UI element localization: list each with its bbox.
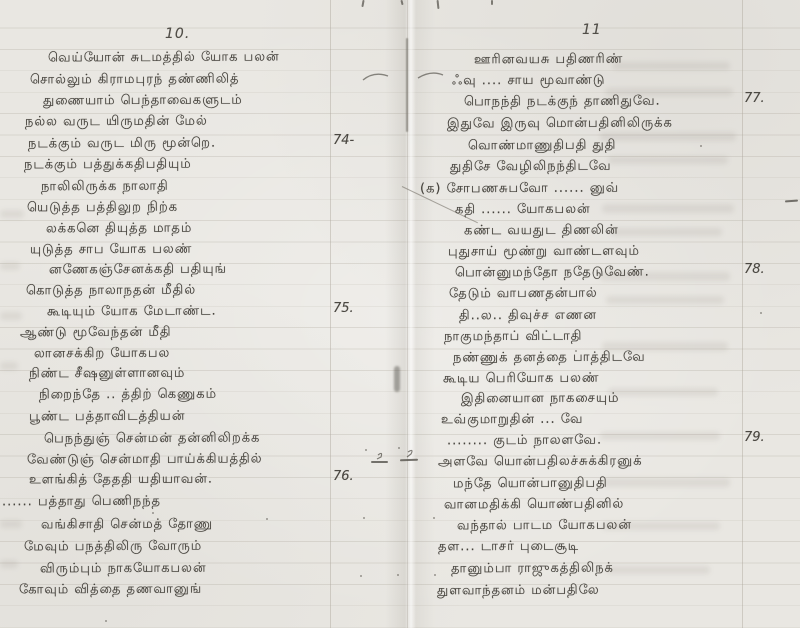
manuscript-scan: 10. 11 வெய்யோன் சுடமத்தில் யோக பலன்சொல்ல…	[0, 0, 800, 628]
paper-speck	[105, 620, 107, 622]
bleed-through-smudge	[0, 210, 24, 218]
manuscript-line: நாலிலிருக்க நாலாதி	[41, 179, 169, 196]
bleed-through-smudge	[605, 88, 733, 96]
paper-speck	[397, 574, 399, 576]
manuscript-line: மேவும் பநத்திலிரு வோரும்	[24, 539, 202, 556]
manuscript-line: பூண்ட பத்தாவிடத்தியன்	[29, 409, 186, 426]
left-page-number: 10.	[165, 26, 190, 42]
bleed-through-smudge	[600, 132, 736, 141]
manuscript-line: தேடும் வாபணதன்பால்	[449, 286, 598, 303]
manuscript-line: ஊரினவயசு பதிணரிண்	[474, 52, 623, 69]
manuscript-line: இதினையான நாகசையும்	[461, 391, 620, 408]
manuscript-line: மந்தே யொன்பானுதிபதி	[453, 476, 608, 493]
bleed-through-smudge	[0, 520, 22, 528]
ink-smudge	[394, 366, 400, 392]
fold-crease-stroke	[406, 38, 408, 132]
right-page-margin-rule	[742, 0, 743, 628]
manuscript-line: பொநந்தி நடக்குந் தாணிதுவே.	[464, 94, 661, 111]
manuscript-line: தி..ல.. திவுச்ச எணன	[459, 308, 597, 325]
manuscript-line: ஃவு .... சாய மூவாண்டு	[452, 73, 606, 90]
verse-number: 74-	[333, 133, 354, 148]
bleed-through-smudge	[602, 204, 734, 213]
bleed-through-smudge	[610, 228, 722, 236]
paper-speck	[760, 312, 762, 314]
manuscript-line: தள... டாசர் புடைசூடி	[438, 539, 579, 556]
manuscript-line: புதுசாய் மூண்று வாண்டளவும்	[448, 244, 640, 261]
manuscript-line: யெடுத்த பத்திலுற நிற்க	[27, 200, 178, 217]
manuscript-line: யுடுத்த சாப யோக பலண்	[30, 242, 192, 259]
manuscript-line: கொடுத்த நாலாநதன் மீதில்	[26, 283, 196, 300]
manuscript-line: ஆண்டு மூவேந்தன் மீதி	[20, 325, 172, 342]
paper-speck	[434, 574, 436, 576]
paper-speck	[433, 517, 435, 519]
manuscript-line: வானமதிக்கி யொண்பதினில்	[444, 497, 624, 514]
bleed-through-smudge	[606, 566, 710, 574]
bleed-through-smudge	[0, 312, 22, 320]
manuscript-line: விரும்பும் நாகயோகபலன்	[40, 561, 207, 578]
manuscript-line: வெய்யோன் சுடமத்தில் யோக பலன்	[48, 49, 280, 66]
verse-number: 78.	[744, 262, 765, 277]
verse-number: 75.	[333, 301, 354, 316]
paper-speck	[398, 447, 400, 449]
top-tick-4	[491, 0, 493, 5]
manuscript-line: ...... பத்தாது பெணிநந்த	[2, 494, 161, 511]
verse-number: 79.	[744, 430, 765, 445]
manuscript-line: வங்கிசாதி சென்மத் தோணு	[41, 517, 213, 534]
manuscript-line: நாகுமந்தாப் விட்டாதி	[444, 329, 582, 346]
manuscript-line: நடக்கும் வருட மிரு மூன்றெ.	[28, 136, 216, 153]
manuscript-line: சொல்லும் கிராமபுரந் தண்ணிலித்	[30, 72, 240, 89]
manuscript-line: இதுவே இருவு மொன்பதினிலிருக்க	[447, 116, 673, 133]
manuscript-line: வேண்டுஞ் சென்மாதி பாய்க்கியத்தில்	[27, 451, 263, 468]
manuscript-line: துளவாந்தனம் மன்பதிலே	[437, 583, 600, 600]
paper-speck	[152, 512, 154, 514]
manuscript-line: நடக்கும் பத்துக்கதிபதியும்	[24, 157, 192, 174]
bleed-through-smudge	[602, 342, 728, 351]
paper-speck	[365, 449, 367, 451]
manuscript-line: உளங்கித் தேததி யதியாவன்.	[29, 472, 213, 489]
manuscript-line: அளவே யொன்பதிலச்சுக்கிரனுக்	[438, 454, 643, 471]
manuscript-line: நண்ணுக் தனத்தை பாத்திடவே	[453, 350, 646, 367]
paper-speck	[575, 350, 577, 352]
bleed-through-smudge	[0, 262, 20, 270]
manuscript-line: தானும்பா ராஜுகத்திலிநக்	[451, 561, 614, 578]
verse-number: 76.	[333, 469, 354, 484]
center-fold-shading	[385, 0, 435, 628]
manuscript-line: துதிசே வேழிலிநந்திடவே	[450, 159, 612, 176]
manuscript-line: (க) சோபணசுபவோ ...... னுவ்	[420, 181, 619, 198]
manuscript-line: கூடிய பெரியோக பலண்	[443, 371, 600, 388]
paper-speck	[700, 145, 702, 147]
manuscript-line: னணேகஞ்சேனக்கதி பதியுங்	[49, 262, 227, 279]
bleed-through-smudge	[608, 388, 718, 396]
manuscript-line: லானசக்கிற யோகபல	[34, 346, 170, 363]
bleed-through-smudge	[606, 296, 724, 304]
manuscript-line: துணையாம் பெந்தாவைகளுடம்	[43, 93, 243, 110]
left-page-margin-rule	[330, 0, 331, 628]
paper-speck	[266, 518, 268, 520]
bleed-through-smudge	[600, 272, 730, 281]
bleed-through-smudge	[604, 478, 730, 487]
manuscript-line: நிறைந்தே .. த்திற் கெணுகம்	[39, 387, 217, 404]
manuscript-line: லக்கனெ தியுத்த மாதம்	[46, 221, 192, 238]
manuscript-line: வொண்மாணுதிபதி துதி	[468, 138, 617, 155]
bleed-through-smudge	[602, 522, 720, 530]
verse-number: 77.	[744, 91, 765, 106]
manuscript-line: உவ்குமாறுதின் ... வே	[441, 412, 584, 429]
manuscript-line: கதி ...... யோகபலன்	[455, 202, 591, 219]
manuscript-line: பெநந்துஞ் சென்மன் தன்னிலிறக்க	[44, 431, 260, 448]
manuscript-line: நிண்ட சீஷனுள்ளானவும்	[29, 366, 185, 383]
paper-speck	[92, 57, 94, 59]
manuscript-line: கூடியும் யோக மேடாண்ட.	[47, 304, 217, 321]
paper-speck	[363, 517, 365, 519]
manuscript-line: கண்ட வயதுட திணலின்	[464, 223, 619, 240]
right-page-number: 11	[582, 22, 602, 38]
bleed-through-smudge	[612, 62, 730, 70]
manuscript-line: நல்ல வருட யிருமதின் மேல்	[25, 114, 208, 131]
fold-dash-left	[371, 461, 388, 463]
manuscript-line: ........ குடம் நாலளவே.	[447, 433, 602, 450]
manuscript-line: கோவும் வித்தை தணவானுங்	[19, 582, 202, 599]
bleed-through-smudge	[0, 362, 18, 370]
bleed-through-smudge	[0, 560, 18, 568]
paper-speck	[360, 575, 362, 577]
bleed-through-smudge	[600, 432, 720, 440]
bleed-through-smudge	[608, 156, 728, 164]
